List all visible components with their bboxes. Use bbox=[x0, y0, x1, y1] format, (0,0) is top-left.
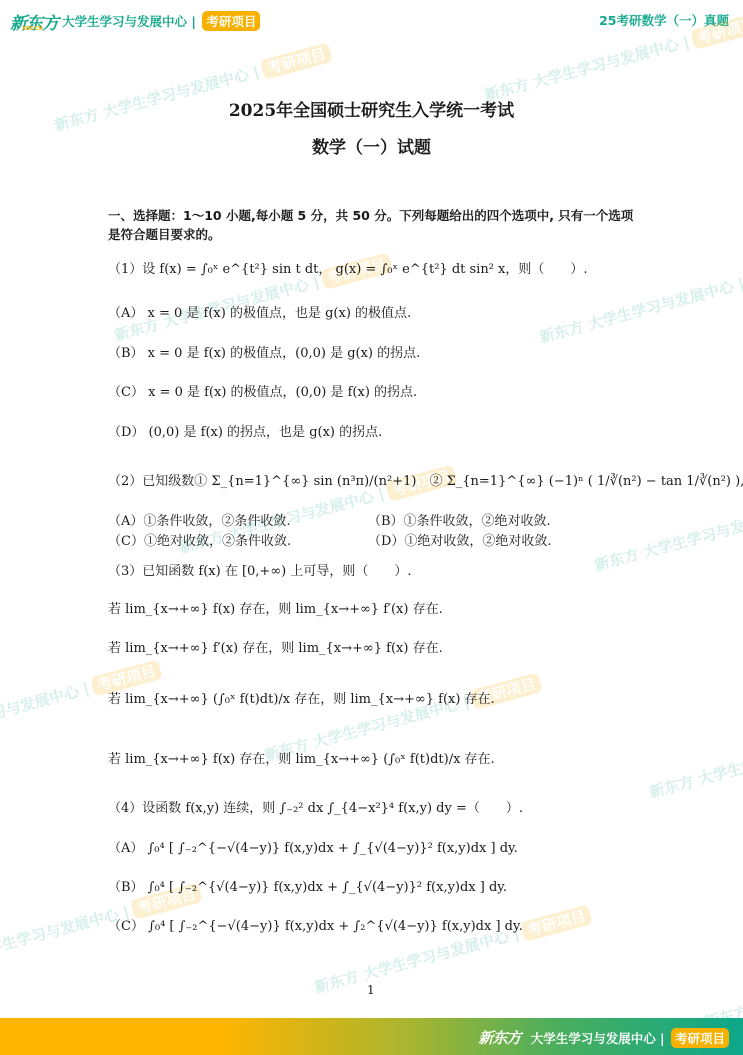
question-1-option-d: （D） (0,0) 是 f(x) 的拐点，也是 g(x) 的拐点. bbox=[108, 421, 382, 440]
watermark: 新东方 大学生学习与发展中心 |考研项目 bbox=[52, 41, 333, 135]
exam-title: 2025年全国硕士研究生入学统一考试 bbox=[0, 96, 743, 121]
question-3-option-2: 若 lim_{x→+∞} f′(x) 存在，则 lim_{x→+∞} f(x) … bbox=[108, 637, 443, 656]
question-3-option-4: 若 lim_{x→+∞} f(x) 存在，则 lim_{x→+∞} (∫₀ˣ f… bbox=[108, 748, 495, 767]
section-intro-cont: 是符合题目要求的。 bbox=[108, 225, 221, 243]
page-header: 新东方XDF.CN 大学生学习与发展中心 | 考研项目 25考研数学（一）真题 bbox=[0, 0, 743, 40]
question-1-option-a: （A） x = 0 是 f(x) 的极值点，也是 g(x) 的极值点. bbox=[108, 302, 411, 321]
footer-brand: 新东方 大学生学习与发展中心 | 考研项目 bbox=[478, 1027, 729, 1048]
question-1-option-b: （B） x = 0 是 f(x) 的极值点，(0,0) 是 g(x) 的拐点. bbox=[108, 342, 420, 361]
question-2-option-c: （C）①绝对收敛，②条件收敛. bbox=[108, 530, 291, 549]
header-doc-title: 25考研数学（一）真题 bbox=[599, 11, 729, 29]
question-1-option-c: （C） x = 0 是 f(x) 的极值点，(0,0) 是 f(x) 的拐点. bbox=[108, 381, 417, 400]
page-number: 1 bbox=[367, 983, 375, 997]
section-intro: 一、选择题：1～10 小题,每小题 5 分，共 50 分。下列每题给出的四个选项… bbox=[108, 206, 633, 224]
question-2-option-d: （D）①绝对收敛，②绝对收敛. bbox=[368, 530, 552, 549]
question-2-option-b: （B）①条件收敛，②绝对收敛. bbox=[368, 510, 551, 529]
question-3-option-1: 若 lim_{x→+∞} f(x) 存在，则 lim_{x→+∞} f′(x) … bbox=[108, 598, 443, 617]
header-tag-badge: 考研项目 bbox=[202, 11, 260, 31]
question-4-option-a: （A） ∫₀⁴ [ ∫₋₂^{−√(4−y)} f(x,y)dx + ∫_{√(… bbox=[108, 837, 518, 856]
xdf-logo: 新东方XDF.CN bbox=[10, 9, 58, 34]
question-4-option-b: （B） ∫₀⁴ [ ∫₋₂^{√(4−y)} f(x,y)dx + ∫_{√(4… bbox=[108, 876, 507, 895]
footer-logo: 新东方 bbox=[478, 1029, 520, 1047]
question-4-option-c: （C） ∫₀⁴ [ ∫₋₂^{−√(4−y)} f(x,y)dx + ∫₂^{√… bbox=[108, 915, 523, 934]
question-2-stem: （2）已知级数① Σ_{n=1}^{∞} sin (n³π)/(n²+1) ② … bbox=[108, 470, 743, 489]
question-3-option-3: 若 lim_{x→+∞} (∫₀ˣ f(t)dt)/x 存在，则 lim_{x→… bbox=[108, 688, 495, 707]
exam-subtitle: 数学（一）试题 bbox=[0, 133, 743, 158]
watermark: 新东方 大学生学习与发展中心 |考研项目 bbox=[647, 708, 743, 802]
question-3-stem: （3）已知函数 f(x) 在 [0,+∞) 上可导，则（ ）. bbox=[108, 560, 412, 579]
header-brand: 大学生学习与发展中心 | 考研项目 bbox=[62, 11, 260, 31]
page-footer: 新东方 大学生学习与发展中心 | 考研项目 bbox=[0, 1018, 743, 1055]
question-4-stem: （4）设函数 f(x,y) 连续，则 ∫₋₂² dx ∫_{4−x²}⁴ f(x… bbox=[108, 797, 523, 816]
question-2-option-a: （A）①条件收敛，②条件收敛. bbox=[108, 510, 291, 529]
watermark: 新东方 大学生学习与发展中心 |考研项目 bbox=[592, 481, 743, 575]
question-1-stem: （1）设 f(x) = ∫₀ˣ e^{t²} sin t dt， g(x) = … bbox=[108, 258, 588, 277]
footer-tag-badge: 考研项目 bbox=[671, 1028, 729, 1048]
